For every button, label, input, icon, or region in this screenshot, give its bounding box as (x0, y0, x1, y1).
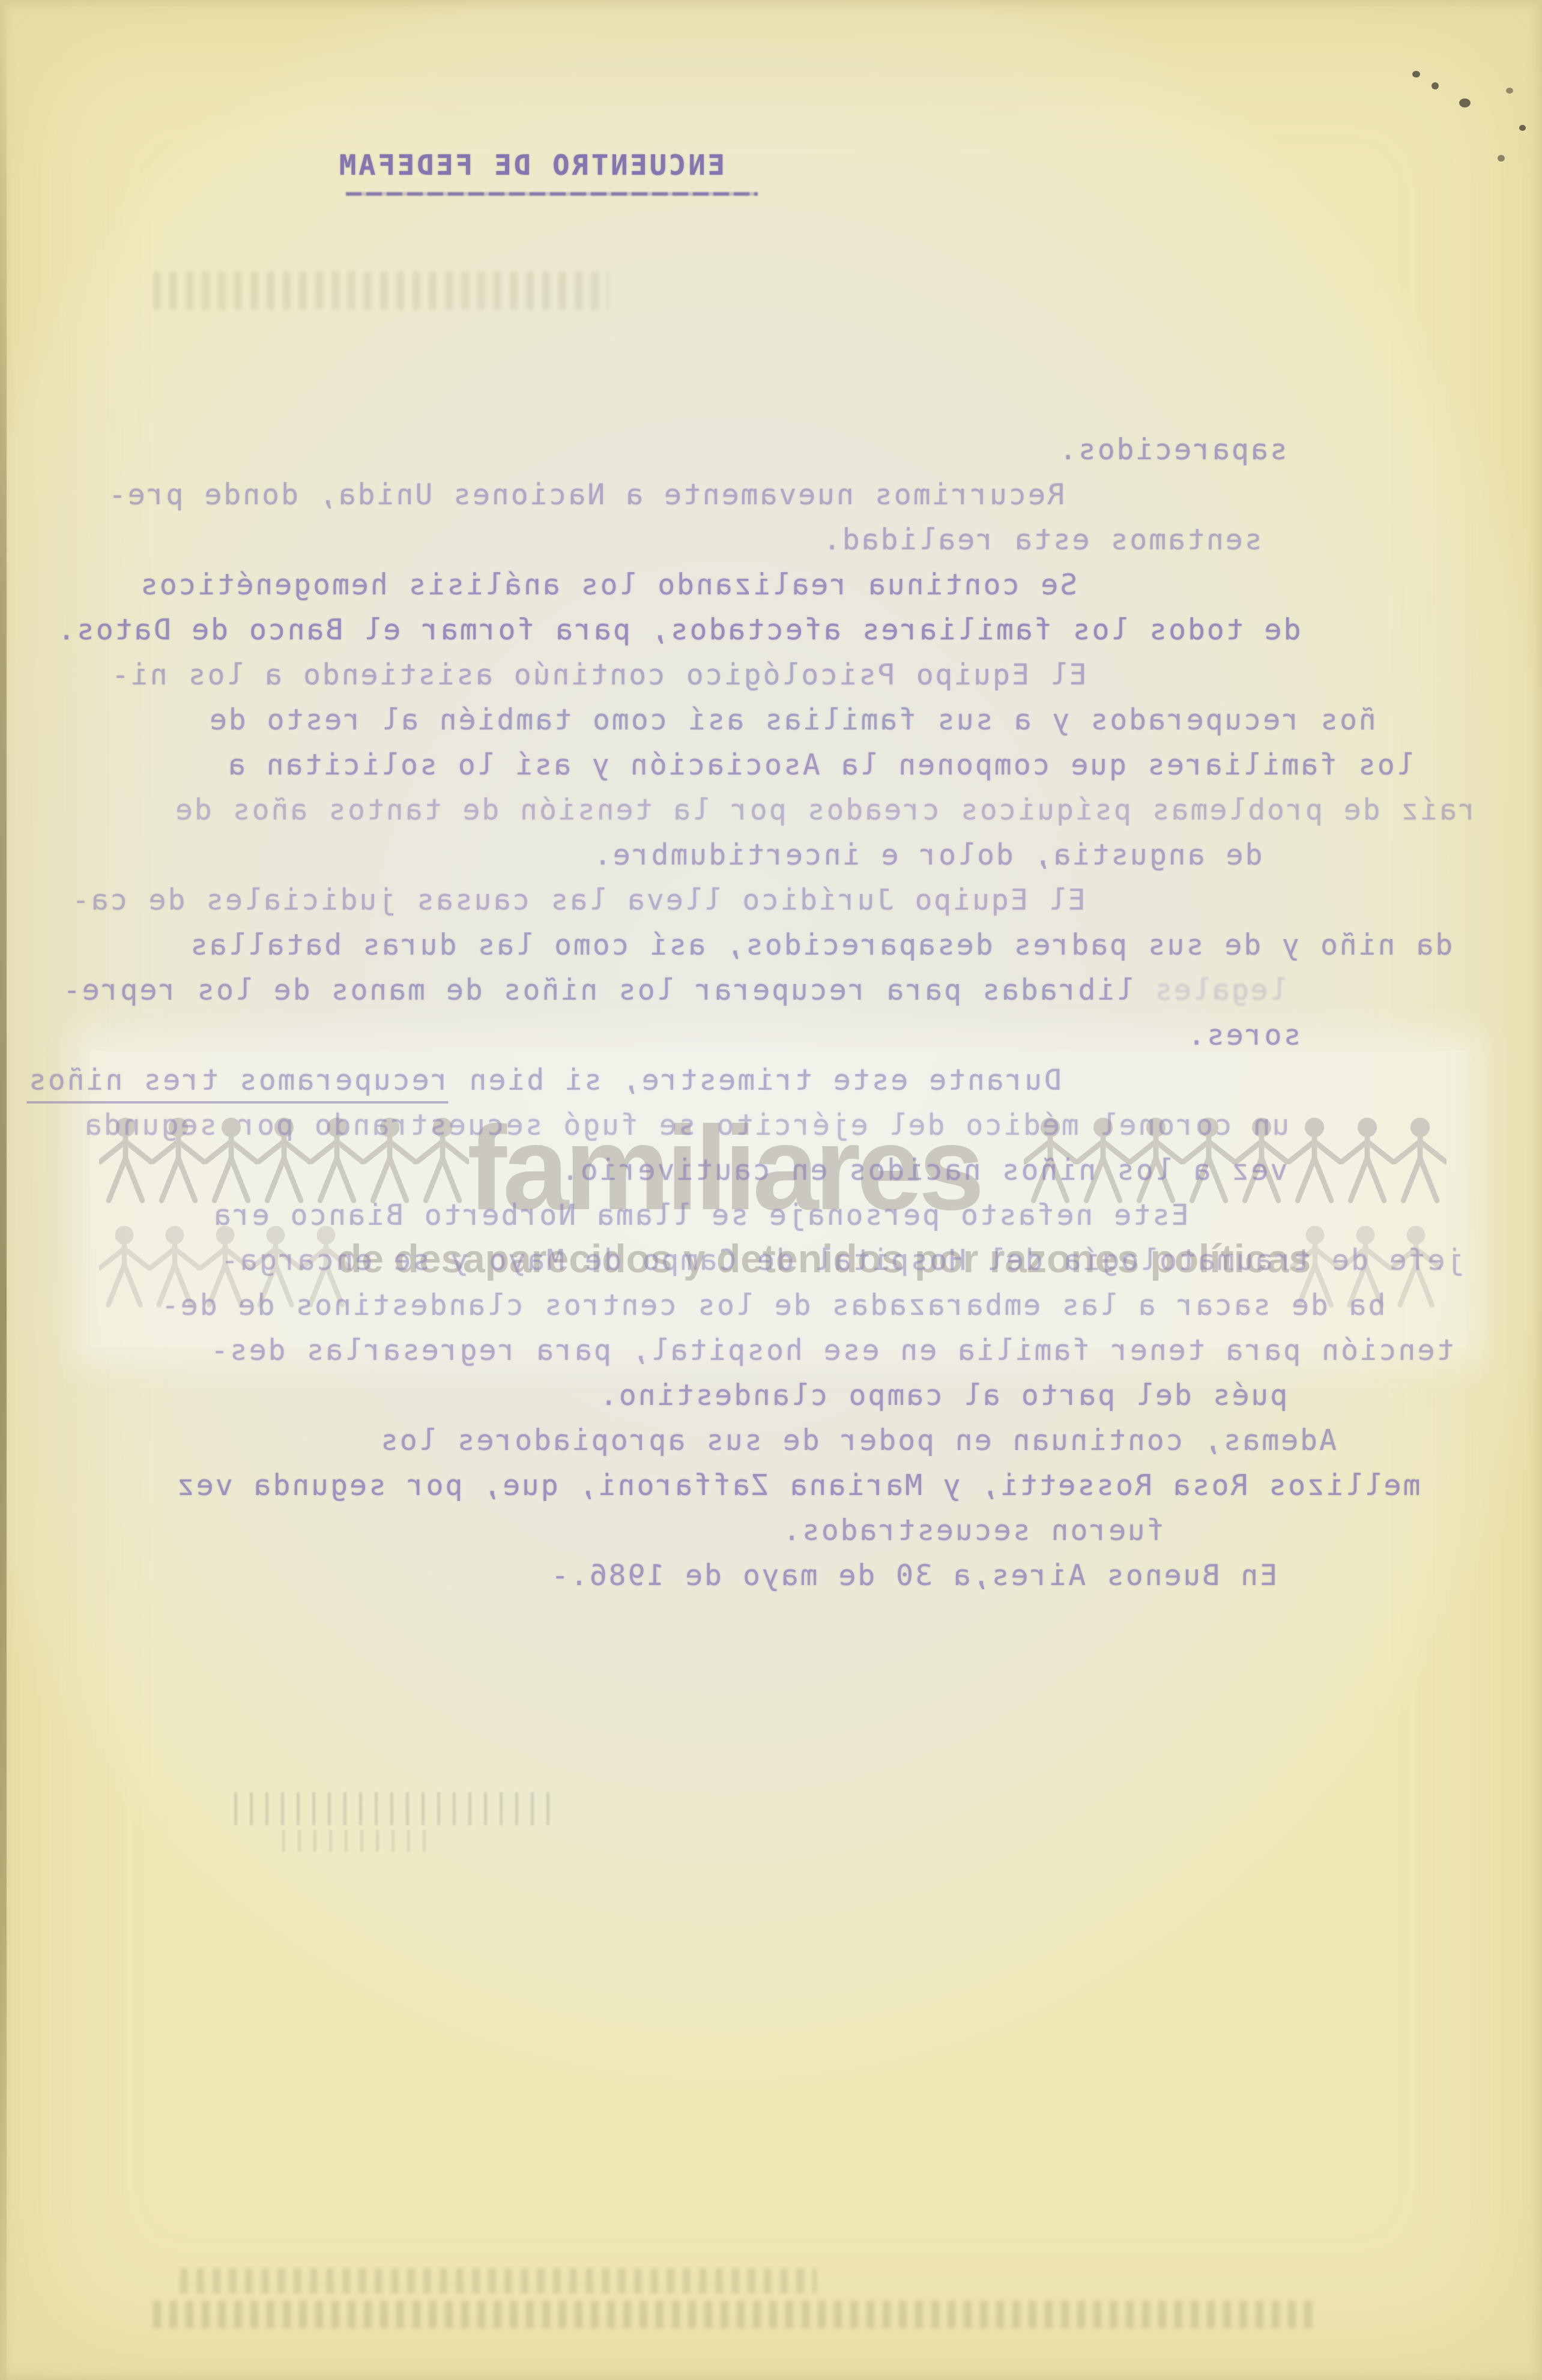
typed-line: jefe de traumatología del Hospital de Ca… (219, 1243, 1464, 1278)
typed-line: El Equipo Jurídico lleva las causas judi… (70, 883, 1086, 917)
faint-header-smudge (153, 271, 609, 310)
typed-line: un coronel médico del ejército se fugó s… (83, 1108, 1290, 1143)
typed-line: de todos los familiares afectados, para … (56, 612, 1301, 647)
typed-line: El Equipo Psicológico continúo asistiend… (110, 657, 1087, 692)
page-title: ENCUENTRO DE FEDEFAM (337, 149, 725, 182)
scan-edge-shadow (0, 0, 7, 2380)
typed-line-text: Se continua realizando los análisis hemo… (139, 568, 1077, 602)
typed-line-text: de angustia, dolor e incertidumbre. (592, 838, 1262, 872)
typed-line: raíz de problemas psíquicos creados por … (174, 793, 1476, 827)
typed-line-text: El Equipo Jurídico lleva las causas judi… (70, 883, 1086, 917)
ink-speck (1498, 155, 1505, 162)
typed-line: Este nefasto personaje se llama Norberto… (212, 1198, 1189, 1233)
typed-line-text: raíz de problemas psíquicos creados por … (174, 793, 1476, 827)
typed-line-text: ños recuperados y a sus familias así com… (208, 703, 1376, 737)
typed-line-faint-text: legales (1153, 973, 1287, 1007)
ink-speck (1519, 125, 1526, 131)
typed-line: Ademas, continuan en poder de sus apropi… (379, 1423, 1337, 1458)
typed-line-text: jefe de traumatología del Hospital de Ca… (219, 1243, 1464, 1277)
typed-line: de angustia, dolor e incertidumbre. (592, 838, 1262, 872)
typed-line: Se continua realizando los análisis hemo… (139, 567, 1077, 602)
typed-line: Recurrimos nuevamente a Naciones Unida, … (107, 477, 1065, 512)
footer-smudge-line (153, 2301, 1312, 2328)
typed-line: ños recuperados y a sus familias así com… (208, 702, 1376, 737)
typed-line-text: vez a los niños nacidos en cautiverio. (560, 1153, 1287, 1187)
typed-line: mellizos Rosa Rossetti, y Mariana Zaffar… (175, 1468, 1420, 1503)
document-scan: ENCUENTRO DE FEDEFAM familiares de (0, 0, 1542, 2380)
typed-line-text: Este nefasto personaje se llama Norberto… (212, 1198, 1189, 1232)
typed-line-text: saparecidos. (1057, 433, 1287, 467)
typed-line-text: libradas para recuperar los niños de man… (61, 973, 1153, 1007)
typed-line: tención para tener familia en ese hospit… (209, 1333, 1454, 1368)
typed-line: saparecidos. (1057, 432, 1287, 467)
typed-line: sores. (1186, 1018, 1301, 1053)
typed-line-text: sores. (1186, 1018, 1301, 1052)
typed-line-text: Durante este trimestre, si bien (449, 1063, 1062, 1097)
typed-line: Durante este trimestre, si bien recupera… (27, 1063, 1062, 1098)
typed-line-text: sentamos esta realidad. (821, 523, 1262, 557)
typed-line-text: pués del parto al campo clandestino. (598, 1379, 1287, 1412)
ink-speck (1459, 98, 1471, 107)
typed-line: En Buenos Aires,a 30 de mayo de 1986.- (549, 1558, 1277, 1593)
typed-line-text: un coronel médico del ejército se fugó s… (83, 1108, 1290, 1142)
typed-line: sentamos esta realidad. (821, 522, 1262, 557)
typed-line-text: los familiares que componen la Asociació… (226, 748, 1414, 782)
typed-line-text: mellizos Rosa Rossetti, y Mariana Zaffar… (175, 1469, 1420, 1502)
pencil-smudge (234, 1792, 558, 1825)
typed-line: legales libradas para recuperar los niño… (61, 973, 1287, 1007)
footer-smudge-line (180, 2268, 817, 2294)
typed-line: vez a los niños nacidos en cautiverio. (560, 1153, 1287, 1188)
typed-line-text: Recurrimos nuevamente a Naciones Unida, … (107, 478, 1065, 512)
typed-line: ba de sacar a las embarazadas de los cen… (160, 1288, 1386, 1323)
ink-speck (1432, 82, 1439, 89)
typed-line: fueron secuestrados. (781, 1513, 1164, 1548)
ink-speck (1412, 71, 1420, 77)
typed-line-text: da niño y de sus padres desaparecidos, a… (189, 928, 1453, 962)
typed-line: da niño y de sus padres desaparecidos, a… (189, 928, 1453, 962)
title-underline (346, 192, 758, 196)
typed-line-text: En Buenos Aires,a 30 de mayo de 1986.- (549, 1559, 1277, 1592)
typed-line: pués del parto al campo clandestino. (598, 1378, 1287, 1413)
typed-line-text: tención para tener familia en ese hospit… (209, 1333, 1454, 1367)
typed-line-text: fueron secuestrados. (781, 1514, 1164, 1547)
ink-speck (1506, 88, 1513, 94)
typed-line-text: El Equipo Psicológico continúo asistiend… (110, 658, 1087, 692)
typed-line-underlined-text: recuperamos tres niños (27, 1063, 449, 1104)
typed-line-text: ba de sacar a las embarazadas de los cen… (160, 1288, 1386, 1322)
typed-line-text: de todos los familiares afectados, para … (56, 613, 1301, 647)
typed-line: los familiares que componen la Asociació… (226, 748, 1414, 782)
pencil-smudge (282, 1830, 438, 1852)
typed-line-text: Ademas, continuan en poder de sus apropi… (379, 1424, 1337, 1457)
